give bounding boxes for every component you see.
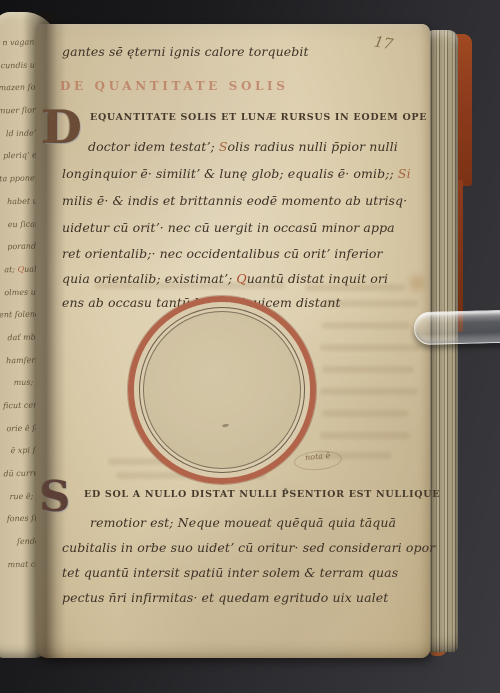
bleedthrough-line — [322, 366, 414, 373]
facing-page-fragment: ent ſolend — [0, 310, 40, 334]
facing-page-fragment: n vagan — [0, 38, 35, 62]
manuscript-line: ret orientalib;· nec occidentalibus cū o… — [62, 246, 383, 261]
folio-number: 17 — [373, 32, 395, 53]
manuscript-line: tet quantū intersit spatiū inter solem &… — [62, 565, 398, 580]
manuscript-line: gantes sē ęterni ignis calore torquebit — [62, 44, 309, 59]
bleedthrough-smudge — [404, 272, 430, 294]
facing-page-fragment: olmes ur — [0, 287, 40, 311]
manuscript-line-capitals: EQUANTITATE SOLIS ET LUNÆ RURSUS IN EODE… — [90, 112, 427, 123]
decorated-initial-s: S — [40, 476, 70, 518]
bleedthrough-line — [320, 344, 420, 351]
facing-page-fragment: mazen ſo — [0, 83, 36, 107]
facing-page-fragment: cundis u — [0, 60, 35, 84]
manuscript-line: milis ē· & indis et brittannis eodē mome… — [62, 193, 407, 208]
manuscript-line-capitals: ED SOL A NULLO DISTAT NULLI P̄SENTIOR ES… — [84, 489, 440, 500]
decorated-initial-d: D — [42, 104, 82, 150]
manuscript-line: doctor idem testatʼ; Solis radius nulli … — [88, 139, 398, 154]
manuscript-line: quia orientalib; existimatʼ; Quantū dist… — [62, 271, 388, 286]
manuscript-line: pectus n̄ri infirmitas· et quedam egritu… — [62, 590, 388, 605]
bleedthrough-line — [320, 388, 418, 395]
book-weight-snake — [414, 310, 500, 345]
sun-diagram-circle — [128, 296, 316, 484]
manuscript-line: cubitalis in orbe suo uidetʼ cū oritur· … — [62, 540, 435, 555]
facing-page-fragment: eu ſicat — [0, 219, 39, 243]
manuscript-line: longinquior ē· similitʼ & lunę glob; equ… — [62, 166, 411, 181]
chapter-rubric: DE QUANTITATE SOLIS — [60, 79, 289, 93]
manuscript-photo-scene: n vagancundis umazen ſomuer ſiorld indeʼ… — [0, 0, 500, 693]
facing-page-fragment: pleriqʼ e — [0, 151, 37, 175]
diagram-inner-line-2 — [143, 311, 301, 469]
bleedthrough-line — [322, 322, 410, 329]
manuscript-line: remotior est; Neque moueat quēquā quia t… — [90, 515, 396, 530]
facing-page-fragment: habet u — [0, 196, 38, 220]
facing-page-fragment: muer ſior — [0, 106, 36, 130]
facing-page-fragment: porandʼ — [0, 242, 39, 266]
bleedthrough-line — [320, 432, 410, 439]
facing-page-fragment: ld indeʼ — [0, 128, 37, 152]
bleedthrough-line — [322, 410, 408, 417]
diagram-inner-line-1 — [139, 307, 305, 473]
facing-page-fragment: dať mbo — [0, 332, 41, 356]
manuscript-line: uidetur cū oritʼ· nec cū uergit in occas… — [62, 220, 395, 235]
facing-page-fragment: at; Quali — [0, 264, 40, 288]
diagram-ring-gap — [134, 302, 310, 478]
diagram-ink-speck — [222, 424, 229, 428]
facing-page-fragment: ta pponeʼ — [0, 174, 38, 198]
